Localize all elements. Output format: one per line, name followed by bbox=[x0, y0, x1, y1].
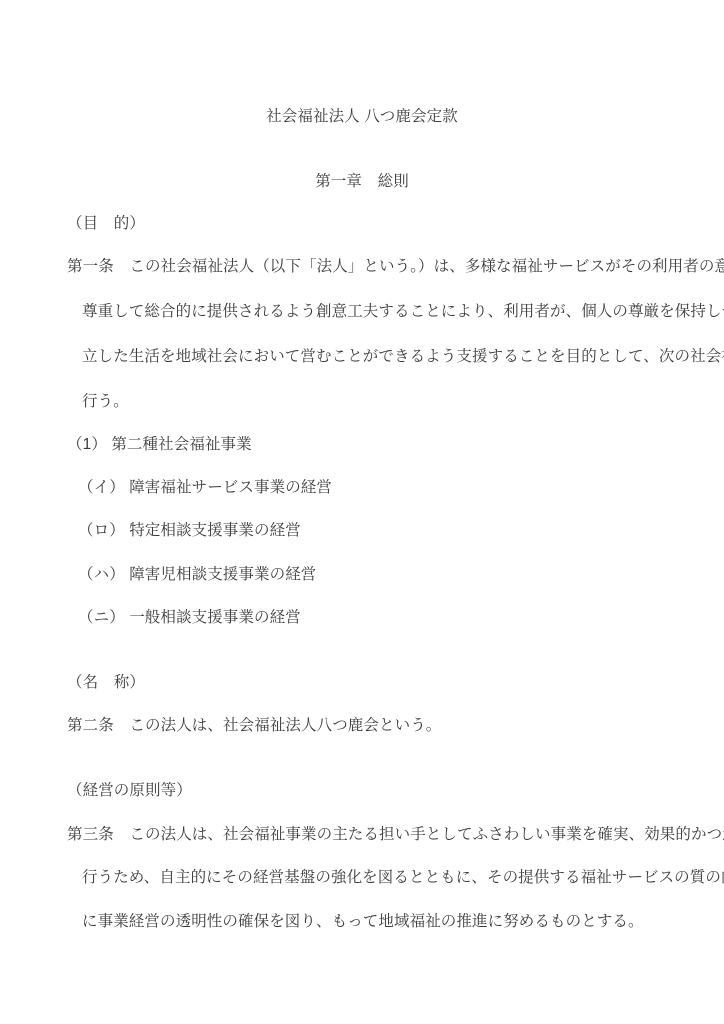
section-label-purpose: （目 的） bbox=[67, 213, 145, 235]
document-title: 社会福祉法人 八つ鹿会定款 bbox=[0, 106, 724, 128]
article1-line-2: 尊重して総合的に提供されるよう創意工夫することにより、利用者が、個人の尊厳を保持… bbox=[82, 301, 724, 323]
business-list-item-3: （ハ） 障害児相談支援事業の経営 bbox=[78, 564, 316, 586]
business-list-item-2: （ロ） 特定相談支援事業の経営 bbox=[78, 520, 301, 542]
article1-line-4: 行う。 bbox=[82, 391, 129, 413]
document-page: 社会福祉法人 八つ鹿会定款 第一章 総則 （目 的） 第一条 この社会福祉法人（… bbox=[0, 0, 724, 1024]
article3-line-2: 行うため、自主的にその経営基盤の強化を図るとともに、その提供する福祉サービスの質… bbox=[82, 867, 724, 889]
article1-line-1: 第一条 この社会福祉法人（以下「法人」という。）は、多様な福祉サービスがその利用… bbox=[67, 256, 724, 278]
chapter-heading: 第一章 総則 bbox=[0, 171, 724, 193]
business-list-category: （1） 第二種社会福祉事業 bbox=[67, 434, 252, 456]
article1-line-3: 立した生活を地域社会において営むことができるよう支援することを目的として、次の社… bbox=[82, 346, 724, 368]
section-label-name: （名 称） bbox=[67, 672, 145, 694]
article3-line-1: 第三条 この法人は、社会福祉事業の主たる担い手としてふさわしい事業を確実、効果的… bbox=[67, 824, 724, 846]
section-label-principles: （経営の原則等） bbox=[67, 780, 192, 802]
business-list-item-1: （イ） 障害福祉サービス事業の経営 bbox=[78, 477, 332, 499]
article2-line-1: 第二条 この法人は、社会福祉法人八つ鹿会という。 bbox=[67, 715, 441, 737]
business-list-item-4: （ニ） 一般相談支援事業の経営 bbox=[78, 607, 301, 629]
article3-line-3: に事業経営の透明性の確保を図り、もって地域福祉の推進に努めるものとする。 bbox=[82, 911, 644, 933]
